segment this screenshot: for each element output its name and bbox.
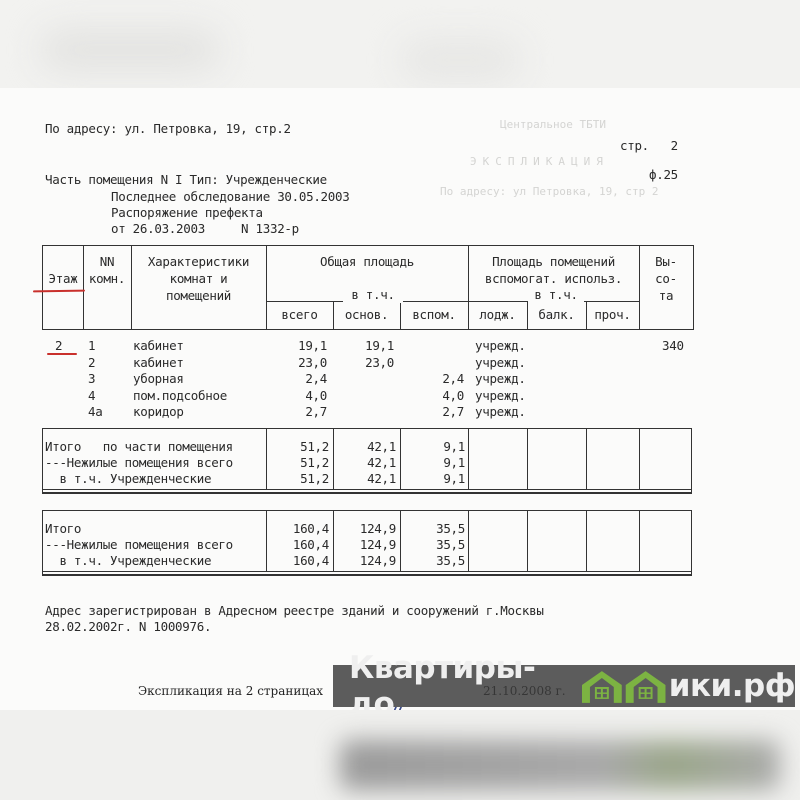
registry-line-2: 28.02.2002г. N 1000976. xyxy=(45,619,211,634)
cell-floor: 2 xyxy=(55,338,62,353)
cell-total-area: 4,0 xyxy=(265,388,327,403)
cell-total-area: 2,7 xyxy=(265,404,327,419)
total-label: в т.ч. Учрежденческие xyxy=(45,471,211,486)
cell-room-number: 3 xyxy=(88,371,95,386)
cell-main-area: 23,0 xyxy=(332,355,394,370)
header-height: Вы- со- та xyxy=(639,253,693,304)
aux-area-value: 35,5 xyxy=(400,537,465,552)
main-area-value: 124,9 xyxy=(333,553,396,568)
header-floor: Этаж xyxy=(43,270,83,287)
blurred-background-bottom xyxy=(0,710,800,800)
page-number: стр. 2 xyxy=(620,138,678,153)
total-area-value: 160,4 xyxy=(266,521,329,536)
header-main: основ. xyxy=(333,306,400,323)
watermark-text-right: ики.рф xyxy=(669,668,795,704)
show-through-text: Центральное ТБТИ xyxy=(500,118,606,131)
header-characteristics: Характеристики комнат и помещений xyxy=(131,253,266,304)
main-area-value: 42,1 xyxy=(333,439,396,454)
cell-main-area: 19,1 xyxy=(332,338,394,353)
table-header: Этаж NN комн. Характеристики комнат и по… xyxy=(42,245,694,330)
cell-total-area: 19,1 xyxy=(265,338,327,353)
total-label: ---Нежилые помещения всего xyxy=(45,455,233,470)
cell-room-number: 1 xyxy=(88,338,95,353)
header-room-nn: NN комн. xyxy=(83,253,131,287)
header-other: проч. xyxy=(586,306,639,323)
cell-room-number: 4а xyxy=(88,404,102,419)
explication-date: 21.10.2008 г. xyxy=(483,684,566,698)
header-aux: вспом. xyxy=(400,306,468,323)
cell-room-name: кабинет xyxy=(133,338,184,353)
main-area-value: 124,9 xyxy=(333,537,396,552)
header-total-area: Общая площадь xyxy=(266,253,468,270)
aux-area-value: 9,1 xyxy=(400,455,465,470)
main-area-value: 124,9 xyxy=(333,521,396,536)
order-date-number: от 26.03.2003 N 1332-р xyxy=(111,221,299,236)
show-through-text: По адресу: ул Петровка, 19, стр 2 xyxy=(440,185,659,198)
cell-aux-area: 2,4 xyxy=(400,371,464,386)
cell-room-name: пом.подсобное xyxy=(133,388,227,403)
form-number: ф.25 xyxy=(649,167,678,182)
cell-total-area: 23,0 xyxy=(265,355,327,370)
header-total-incl: в т.ч. xyxy=(343,286,403,303)
total-label: в т.ч. Учрежденческие xyxy=(45,553,211,568)
cell-room-name: коридор xyxy=(133,404,184,419)
aux-area-value: 9,1 xyxy=(400,439,465,454)
address-line: По адресу: ул. Петровка, 19, стр.2 xyxy=(45,121,291,136)
red-underline-floor-value xyxy=(47,353,77,355)
house-logo-icon xyxy=(580,669,667,703)
grand-totals-box: Итого160,4124,935,5---Нежилые помещения … xyxy=(42,510,692,572)
aux-area-value: 35,5 xyxy=(400,553,465,568)
total-area-value: 51,2 xyxy=(266,455,329,470)
order-line: Распоряжение префекта xyxy=(111,205,263,220)
cell-height: 340 xyxy=(662,338,684,353)
cell-purpose: учрежд. xyxy=(475,355,526,370)
header-loggia: лодж. xyxy=(468,306,527,323)
explication-note: Экспликация на 2 страницах xyxy=(138,684,323,698)
cell-aux-area: 2,7 xyxy=(400,404,464,419)
total-area-value: 160,4 xyxy=(266,537,329,552)
last-survey: Последнее обследование 30.05.2003 xyxy=(111,189,349,204)
total-label: Итого по части помещения xyxy=(45,439,233,454)
header-balcony: балк. xyxy=(527,306,586,323)
cell-purpose: учрежд. xyxy=(475,371,526,386)
cell-room-name: уборная xyxy=(133,371,184,386)
main-area-value: 42,1 xyxy=(333,455,396,470)
total-label: ---Нежилые помещения всего xyxy=(45,537,233,552)
part-totals-box: Итого по части помещения51,242,19,1---Не… xyxy=(42,428,692,490)
total-area-value: 160,4 xyxy=(266,553,329,568)
header-aux-area: Площадь помещений вспомогат. использ. xyxy=(468,253,639,287)
cell-aux-area: 4,0 xyxy=(400,388,464,403)
header-total: всего xyxy=(266,306,333,323)
registry-line-1: Адрес зарегистрирован в Адресном реестре… xyxy=(45,603,544,618)
total-area-value: 51,2 xyxy=(266,439,329,454)
show-through-text: ЭКСПЛИКАЦИЯ xyxy=(470,155,609,168)
cell-room-number: 2 xyxy=(88,355,95,370)
main-area-value: 42,1 xyxy=(333,471,396,486)
aux-area-value: 9,1 xyxy=(400,471,465,486)
cell-purpose: учрежд. xyxy=(475,404,526,419)
cell-purpose: учрежд. xyxy=(475,338,526,353)
total-area-value: 51,2 xyxy=(266,471,329,486)
cell-purpose: учрежд. xyxy=(475,388,526,403)
part-line: Часть помещения N I Тип: Учрежденческие xyxy=(45,172,327,187)
blurred-background-top xyxy=(0,0,800,88)
cell-room-number: 4 xyxy=(88,388,95,403)
cell-total-area: 2,4 xyxy=(265,371,327,386)
total-label: Итого xyxy=(45,521,81,536)
aux-area-value: 35,5 xyxy=(400,521,465,536)
cell-room-name: кабинет xyxy=(133,355,184,370)
header-aux-incl: в т.ч. xyxy=(528,286,584,303)
